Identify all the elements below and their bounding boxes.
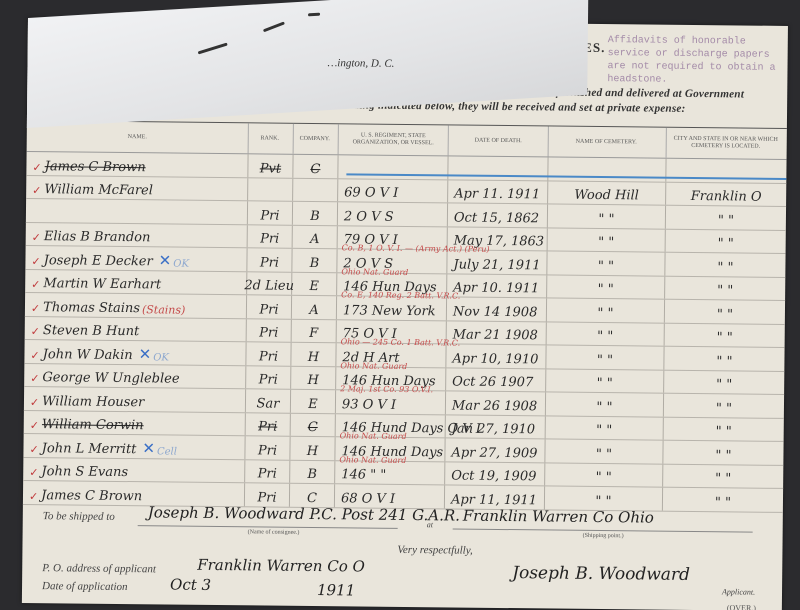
company-text: F bbox=[309, 326, 318, 341]
shipping-caption: (Shipping point.) bbox=[583, 533, 624, 539]
name-text: Elias B Brandon bbox=[44, 229, 151, 245]
stamp-note: Affidavits of honorable service or disch… bbox=[607, 34, 788, 88]
name-text: John L Merritt bbox=[42, 441, 137, 457]
city-text: " " bbox=[716, 354, 732, 369]
company-text: A bbox=[309, 302, 319, 317]
rank-text: Pvt bbox=[260, 161, 281, 176]
cell-city: " " bbox=[663, 464, 783, 488]
date-label: Date of application bbox=[42, 580, 128, 593]
form-footer: To be shipped to Joseph B. Woodward P.C.… bbox=[22, 496, 783, 610]
location-text: …ington, D. C. bbox=[327, 57, 394, 70]
cell-rank: Pri bbox=[246, 366, 291, 389]
cell-city: " " bbox=[666, 206, 786, 230]
cemetery-text: " " bbox=[596, 446, 612, 461]
cell-name: ✓Steven B Hunt bbox=[25, 316, 247, 341]
cell-date: Oct 26 1907 bbox=[446, 368, 546, 392]
cell-company: F bbox=[292, 319, 337, 342]
cell-company: C bbox=[293, 155, 338, 178]
name-text: William McFarel bbox=[44, 182, 153, 198]
cell-company: H bbox=[291, 343, 336, 366]
cell-cemetery: " " bbox=[547, 298, 665, 322]
cell-name bbox=[26, 199, 248, 224]
name-text: Martin W Earhart bbox=[43, 276, 161, 292]
applicant-label: Applicant. bbox=[722, 587, 755, 596]
cell-rank bbox=[248, 178, 293, 201]
cell-date: Apr 11. 1911 bbox=[448, 180, 548, 204]
cell-name: ✓Martin W Earhart bbox=[25, 269, 247, 294]
check-mark-icon: ✓ bbox=[30, 419, 39, 432]
cell-company: H bbox=[291, 366, 336, 389]
cell-city: " " bbox=[664, 394, 784, 418]
cell-cemetery: " " bbox=[547, 251, 665, 275]
cell-cemetery: " " bbox=[545, 463, 663, 487]
rank-text: Pri bbox=[259, 302, 278, 317]
year-value: 1911 bbox=[317, 581, 355, 599]
po-address-value: Franklin Warren Co O bbox=[197, 556, 365, 576]
company-text: B bbox=[310, 208, 320, 223]
cell-company: A bbox=[293, 225, 338, 248]
check-mark-icon: ✓ bbox=[30, 349, 39, 362]
red-annotation: 2 Maj. 1st Co. 93 O.V.I. bbox=[340, 384, 433, 394]
cell-city: Franklin O bbox=[666, 182, 786, 206]
check-mark-icon: ✓ bbox=[31, 278, 40, 291]
consignee-line bbox=[138, 525, 398, 529]
check-mark-icon: ✓ bbox=[30, 372, 39, 385]
check-mark-icon: ✓ bbox=[29, 443, 38, 456]
cell-rank: Pri bbox=[246, 342, 291, 365]
cell-company: B bbox=[293, 202, 338, 225]
cell-company: A bbox=[292, 296, 337, 319]
cemetery-text: " " bbox=[598, 282, 614, 297]
date-text: Apr 27, 1909 bbox=[451, 445, 537, 461]
date-text: Nov 14 1908 bbox=[453, 304, 538, 320]
red-annotation: Ohio — 245 Co. 1 Batt. V.R.C. bbox=[341, 337, 461, 347]
regiment-text: 2 O V S bbox=[344, 209, 394, 225]
cell-city: " " bbox=[663, 441, 783, 465]
city-text: " " bbox=[715, 471, 731, 486]
cell-date: Mar 26 1908 bbox=[446, 391, 546, 415]
rank-text: 2d Lieu bbox=[244, 278, 294, 294]
blue-mark-note: Cell bbox=[157, 446, 177, 457]
cell-date: Nov 14 1908 bbox=[447, 297, 547, 321]
cell-name: ✓John L Merritt✕Cell bbox=[23, 434, 245, 459]
cell-rank: Pri bbox=[246, 413, 291, 436]
cell-rank: Pri bbox=[248, 201, 293, 224]
city-text: " " bbox=[716, 401, 732, 416]
shipping-line bbox=[453, 528, 753, 532]
check-mark-icon: ✓ bbox=[31, 302, 40, 315]
cell-rank: Pri bbox=[247, 295, 292, 318]
rank-text: Pri bbox=[258, 466, 277, 481]
cemetery-text: " " bbox=[598, 211, 614, 226]
rank-text: Pri bbox=[260, 255, 279, 270]
check-mark-icon: ✓ bbox=[32, 161, 41, 174]
red-annotation: Ohio Nat. Guard bbox=[341, 267, 408, 277]
date-text: Oct 19, 1909 bbox=[451, 468, 536, 484]
cemetery-text: " " bbox=[597, 329, 613, 344]
cell-company: C bbox=[291, 413, 336, 436]
cell-cemetery: " " bbox=[548, 228, 666, 252]
cell-rank: Sar bbox=[246, 389, 291, 412]
company-text: B bbox=[310, 255, 320, 270]
company-text: E bbox=[309, 279, 319, 294]
cell-date: July 21, 1911 bbox=[447, 250, 547, 274]
regiment-text: 69 O V I bbox=[344, 185, 398, 201]
cell-city: " " bbox=[664, 347, 784, 371]
red-annotation: Co. E, 140 Reg. 2 Batt. V.R.C. bbox=[341, 290, 460, 300]
cell-date: Oct 15, 1862 bbox=[448, 203, 548, 227]
cell-rank: 2d Lieu bbox=[247, 272, 292, 295]
headstone-application-form: …ONES. Affidavits of honorable service o… bbox=[22, 18, 788, 610]
header-regiment: U. S. Regiment, State Organization, or V… bbox=[339, 124, 449, 155]
blue-mark-note: OK bbox=[153, 352, 169, 363]
cemetery-text: " " bbox=[596, 423, 612, 438]
cell-date: Apr 10, 1910 bbox=[446, 344, 546, 368]
at-label: at bbox=[427, 520, 433, 529]
company-text: A bbox=[310, 232, 320, 247]
cell-rank: Pri bbox=[247, 248, 292, 271]
date-text: Mar 21 1908 bbox=[453, 327, 538, 343]
headstone-table: Name. Rank. Company. U. S. Regiment, Sta… bbox=[23, 120, 787, 512]
header-company: Company. bbox=[294, 124, 339, 154]
cell-date: Apr 10. 1911 bbox=[447, 274, 547, 298]
cell-city: " " bbox=[664, 370, 784, 394]
cemetery-text: " " bbox=[596, 399, 612, 414]
rank-text: Pri bbox=[259, 372, 278, 387]
company-text: C bbox=[310, 161, 320, 176]
name-text: George W Ungleblee bbox=[42, 370, 179, 386]
name-text: Steven B Hunt bbox=[43, 323, 140, 339]
city-text: " " bbox=[718, 236, 734, 251]
name-text: James C Brown bbox=[45, 159, 146, 175]
cell-company: B bbox=[290, 460, 335, 483]
respectfully-text: Very respectfully, bbox=[397, 544, 472, 557]
cemetery-text: " " bbox=[598, 235, 614, 250]
cell-cemetery: " " bbox=[546, 416, 664, 440]
city-text: " " bbox=[716, 424, 732, 439]
cell-city: " " bbox=[665, 276, 785, 300]
header-date: Date of Death. bbox=[449, 125, 549, 156]
consignee-caption: (Name of consignee.) bbox=[248, 529, 300, 536]
rank-text: Sar bbox=[256, 396, 279, 411]
rank-text: Pri bbox=[258, 443, 277, 458]
cemetery-text: " " bbox=[598, 258, 614, 273]
cell-date: Apr 27, 1909 bbox=[445, 438, 545, 462]
regiment-text: 93 O V I bbox=[342, 397, 396, 413]
header-city: City and State in or near which Cemetery… bbox=[667, 128, 787, 159]
cell-rank: Pri bbox=[245, 436, 290, 459]
cell-company: E bbox=[291, 390, 336, 413]
cell-cemetery: " " bbox=[546, 345, 664, 369]
regiment-text: 146 " " bbox=[341, 467, 386, 482]
date-text: Apr 11. 1911 bbox=[454, 186, 540, 202]
check-mark-icon: ✓ bbox=[30, 396, 39, 409]
consignee-value: Joseph B. Woodward P.C. Post 241 G.A.R. bbox=[148, 503, 460, 524]
company-text: H bbox=[308, 349, 320, 364]
red-annotation: Ohio Nat. Guard bbox=[340, 431, 407, 441]
red-annotation: Ohio Nat. Guard bbox=[340, 361, 407, 371]
city-text: " " bbox=[717, 330, 733, 345]
date-text: Jan 27, 1910 bbox=[452, 421, 536, 437]
city-text: " " bbox=[718, 213, 734, 228]
cemetery-text: " " bbox=[597, 305, 613, 320]
cell-city: " " bbox=[665, 300, 785, 324]
cemetery-text: Wood Hill bbox=[574, 188, 639, 204]
cemetery-text: " " bbox=[597, 376, 613, 391]
date-text: Oct 26 1907 bbox=[452, 374, 533, 390]
cell-name: ✓James C Brown bbox=[26, 152, 248, 177]
cell-regiment: 93 O V I2 Maj. 1st Co. 93 O.V.I. bbox=[336, 390, 446, 414]
cell-name: ✓John W Dakin✕OK bbox=[24, 340, 246, 365]
signature: Joseph B. Woodward bbox=[512, 563, 690, 585]
po-address-label: P. O. address of applicant bbox=[42, 562, 156, 575]
cell-name: ✓Elias B Brandon bbox=[26, 222, 248, 247]
cell-date: Mar 21 1908 bbox=[447, 321, 547, 345]
date-text: Mar 26 1908 bbox=[452, 398, 537, 414]
cell-name: ✓George W Ungleblee bbox=[24, 363, 246, 388]
regiment-text: 173 New York bbox=[343, 303, 436, 319]
cell-name: ✓William McFarel bbox=[26, 175, 248, 200]
cell-company: H bbox=[290, 437, 335, 460]
date-text: Apr 10. 1911 bbox=[453, 280, 539, 296]
cell-rank: Pri bbox=[248, 225, 293, 248]
check-mark-icon: ✓ bbox=[32, 184, 41, 197]
date-value: Oct 3 bbox=[170, 576, 211, 594]
company-text: H bbox=[307, 443, 319, 458]
cell-rank: Pvt bbox=[248, 154, 293, 177]
cell-company: E bbox=[292, 272, 337, 295]
red-annotation: Ohio Nat. Guard bbox=[339, 455, 406, 465]
name-text: William Houser bbox=[42, 394, 144, 410]
cell-cemetery: " " bbox=[546, 392, 664, 416]
cell-cemetery: " " bbox=[547, 322, 665, 346]
shipped-label: To be shipped to bbox=[43, 510, 115, 523]
ink-marks bbox=[28, 0, 588, 18]
header-rank: Rank. bbox=[249, 123, 294, 153]
name-text: John W Dakin bbox=[43, 347, 133, 363]
city-text: " " bbox=[717, 283, 733, 298]
rank-text: Pri bbox=[260, 231, 279, 246]
name-correction: (Stains) bbox=[142, 303, 185, 316]
name-text: William Corwin bbox=[42, 417, 144, 433]
cell-city: " " bbox=[666, 229, 786, 253]
name-text: John S Evans bbox=[41, 464, 128, 480]
cell-name: ✓William Houser bbox=[24, 387, 246, 412]
rank-text: Pri bbox=[259, 349, 278, 364]
company-text: E bbox=[308, 396, 318, 411]
blue-x-mark-icon: ✕ bbox=[139, 345, 152, 363]
city-text: " " bbox=[717, 260, 733, 275]
blue-x-mark-icon: ✕ bbox=[159, 251, 172, 269]
rank-text: Pri bbox=[259, 325, 278, 340]
cell-date: Oct 19, 1909 bbox=[445, 462, 545, 486]
cell-cemetery: Wood Hill bbox=[548, 181, 666, 205]
rank-text: Pri bbox=[258, 419, 277, 434]
company-text: H bbox=[307, 373, 319, 388]
table-body: ✓James C BrownPvtC✓William McFarel69 O V… bbox=[23, 152, 787, 512]
cell-date: Jan 27, 1910 bbox=[446, 415, 546, 439]
cell-regiment: 2 O V S bbox=[338, 202, 448, 226]
date-text: Apr 10, 1910 bbox=[452, 351, 538, 367]
check-mark-icon: ✓ bbox=[31, 255, 40, 268]
blue-x-mark-icon: ✕ bbox=[142, 439, 155, 457]
check-mark-icon: ✓ bbox=[29, 466, 38, 479]
blue-mark-note: OK bbox=[173, 258, 189, 269]
city-text: " " bbox=[716, 377, 732, 392]
name-text: Joseph E Decker bbox=[44, 253, 153, 269]
city-text: " " bbox=[717, 307, 733, 322]
cemetery-text: " " bbox=[597, 352, 613, 367]
company-text: C bbox=[308, 420, 318, 435]
city-text: Franklin O bbox=[691, 189, 762, 205]
date-text: Oct 15, 1862 bbox=[454, 210, 539, 226]
cell-name: ✓Joseph E Decker✕OK bbox=[25, 246, 247, 271]
cell-name: ✓Thomas Stains(Stains) bbox=[25, 293, 247, 318]
name-text: Thomas Stains bbox=[43, 300, 140, 316]
cell-city: " " bbox=[665, 323, 785, 347]
cell-company: B bbox=[292, 249, 337, 272]
cell-name: ✓William Corwin bbox=[24, 410, 246, 435]
city-text: " " bbox=[715, 448, 731, 463]
cell-rank: Pri bbox=[245, 460, 290, 483]
cell-name: ✓John S Evans bbox=[23, 457, 245, 482]
cell-cemetery: " " bbox=[546, 369, 664, 393]
check-mark-icon: ✓ bbox=[32, 231, 41, 244]
check-mark-icon: ✓ bbox=[31, 325, 40, 338]
cell-rank: Pri bbox=[247, 319, 292, 342]
cell-city: " " bbox=[665, 253, 785, 277]
cell-city: " " bbox=[664, 417, 784, 441]
cell-regiment: 146 " "Ohio Nat. Guard bbox=[335, 461, 445, 485]
cell-cemetery: " " bbox=[547, 275, 665, 299]
cell-cemetery: " " bbox=[548, 204, 666, 228]
company-text: B bbox=[307, 467, 317, 482]
cell-regiment: 69 O V I bbox=[338, 179, 448, 203]
header-cemetery: Name of Cemetery. bbox=[549, 126, 667, 157]
cell-company bbox=[293, 178, 338, 201]
over-label: (OVER.) bbox=[727, 603, 756, 610]
shipping-point-value: Franklin Warren Co Ohio bbox=[463, 507, 654, 527]
cell-regiment: 173 New YorkCo. E, 140 Reg. 2 Batt. V.R.… bbox=[337, 296, 447, 320]
cemetery-text: " " bbox=[596, 470, 612, 485]
date-text: July 21, 1911 bbox=[453, 257, 540, 273]
rank-text: Pri bbox=[260, 208, 279, 223]
cell-cemetery: " " bbox=[545, 439, 663, 463]
